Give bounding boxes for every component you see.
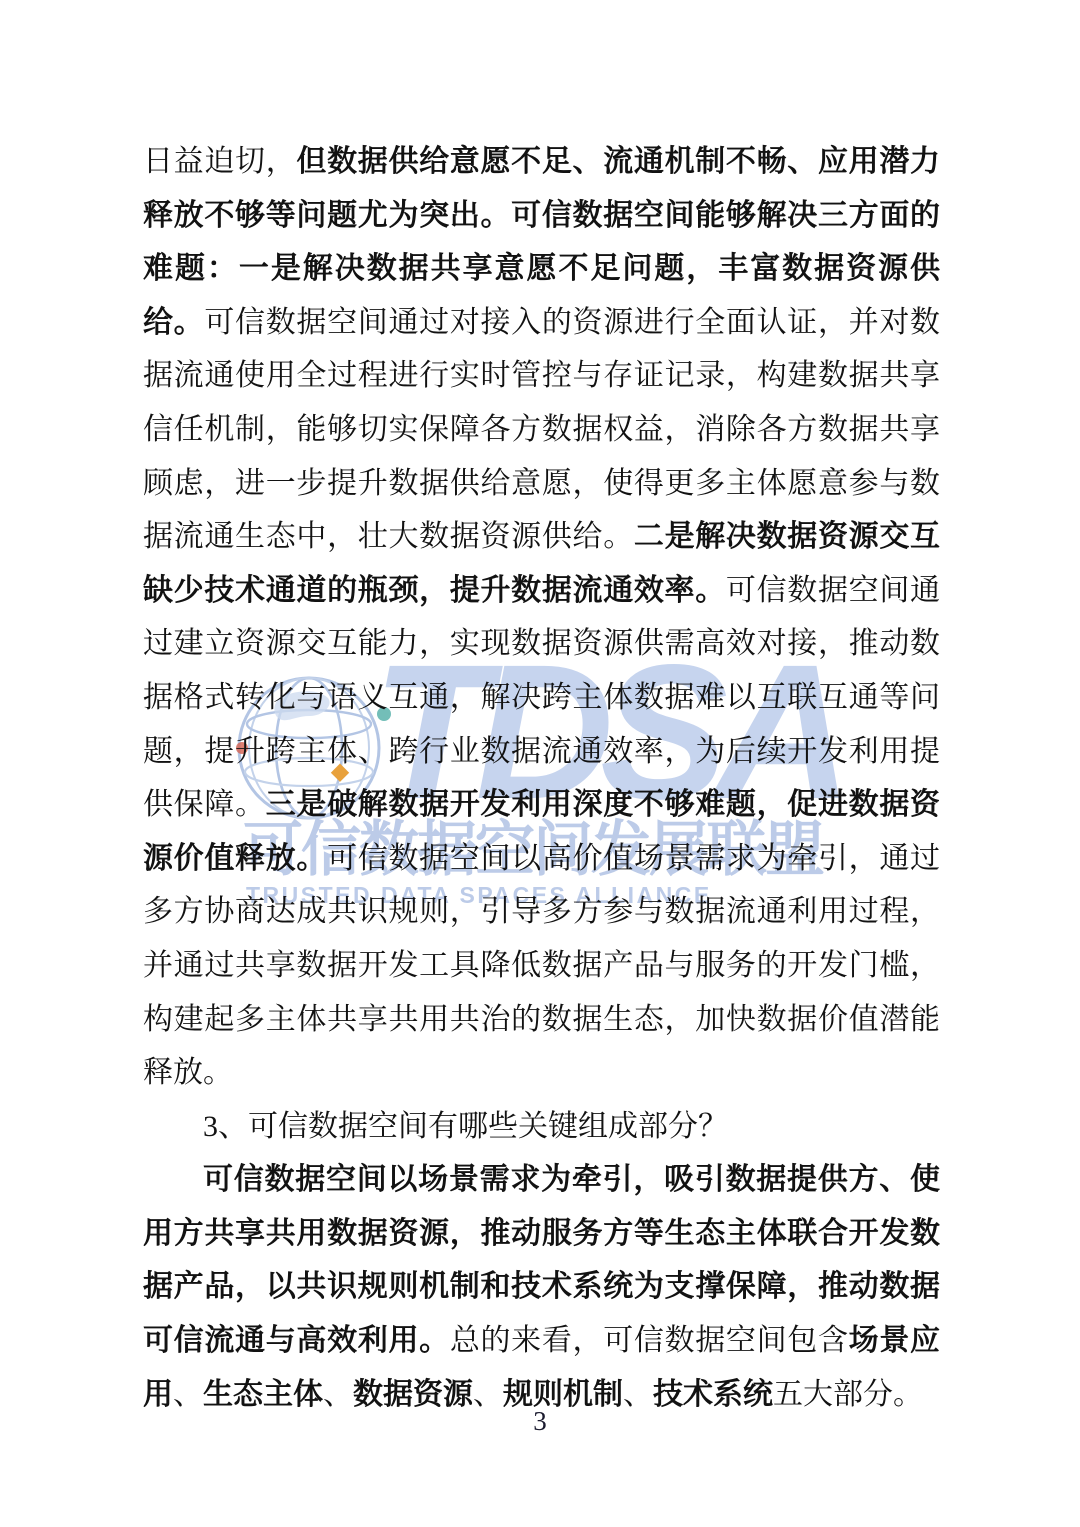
text-run: 3、可信数据空间有哪些关键组成部分？ <box>203 1110 728 1143</box>
text-run: 总的来看，可信数据空间包含 <box>450 1324 849 1357</box>
text-run: 可信数据空间通过建立资源交互能力，实现数据资源供需高效对接，推动数据格式转化与语… <box>143 574 940 821</box>
text-run: 日益迫切， <box>143 145 296 178</box>
page-number: 3 <box>0 1406 1080 1437</box>
paragraph: 可信数据空间以场景需求为牵引，吸引数据提供方、使用方共享共用数据资源，推动服务方… <box>143 1153 940 1421</box>
paragraph: 日益迫切，但数据供给意愿不足、流通机制不畅、应用潜力释放不够等问题尤为突出。可信… <box>143 135 940 1100</box>
document-page: TDSA 可信数据空间发展联盟 TRUSTED DATA SPACES ALLI… <box>0 0 1080 1527</box>
paragraph: 3、可信数据空间有哪些关键组成部分？ <box>143 1100 940 1154</box>
text-run: 可信数据空间以高价值场景需求为牵引，通过多方协商达成共识规则，引导多方参与数据流… <box>143 842 940 1089</box>
body-text: 日益迫切，但数据供给意愿不足、流通机制不畅、应用潜力释放不够等问题尤为突出。可信… <box>143 135 940 1421</box>
text-run: 可信数据空间通过对接入的资源进行全面认证，并对数据流通使用全过程进行实时管控与存… <box>143 306 940 553</box>
